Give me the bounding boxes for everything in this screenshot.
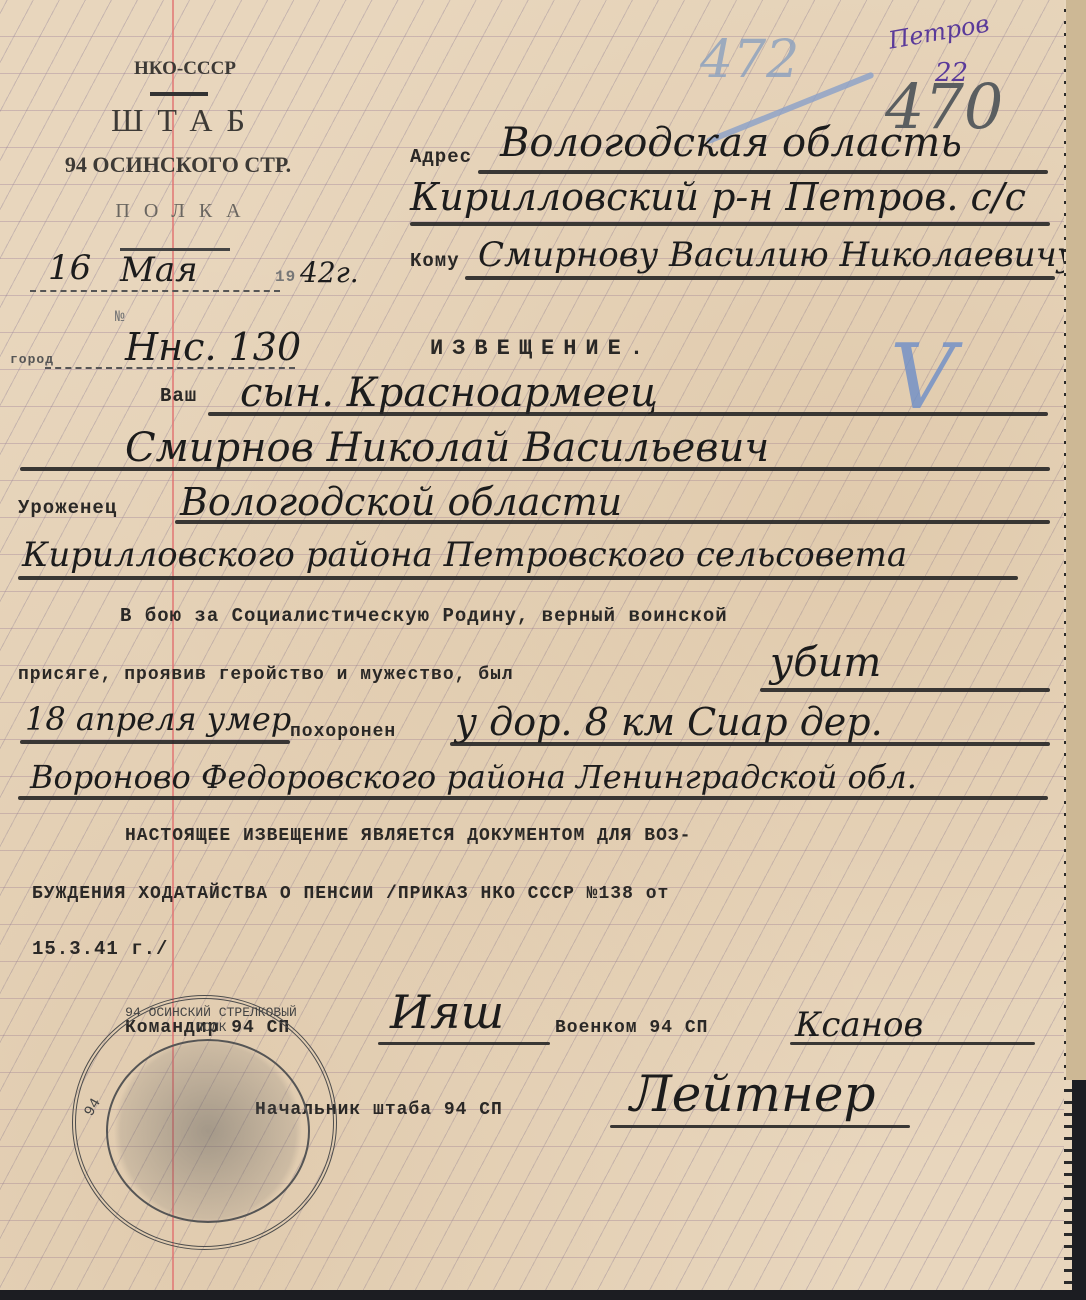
fate-rule	[760, 688, 1050, 692]
native-line2: Кирилловского района Петровского сельсов…	[22, 535, 907, 575]
date-month: Мая	[120, 250, 198, 290]
number-line	[45, 367, 295, 369]
your-label: Ваш	[160, 385, 197, 407]
header-divider	[150, 92, 208, 96]
address-line1-rule	[478, 170, 1048, 174]
rank-rule	[208, 412, 1048, 416]
date-year-hand: 42г.	[300, 256, 359, 289]
document-title: ИЗВЕЩЕНИЕ.	[430, 336, 652, 361]
soldier-rank: сын. Красноармеец	[240, 370, 658, 416]
native-line2-rule	[18, 576, 1018, 580]
recipient-rule	[465, 276, 1055, 280]
date-day: 16	[48, 248, 91, 288]
native-line1-rule	[175, 520, 1050, 524]
commissar-label: Военком 94 СП	[555, 1018, 708, 1038]
legal-line1: НАСТОЯЩЕЕ ИЗВЕЩЕНИЕ ЯВЛЯЕТСЯ ДОКУМЕНТОМ …	[125, 826, 691, 846]
archive-crossed-number: 472	[700, 30, 799, 90]
native-line1: Вологодской области	[180, 480, 622, 524]
document-sheet: НКО-СССР ШТАБ 94 ОСИНСКОГО СТР. ПОЛКА 16…	[0, 0, 1066, 1290]
city-label: город	[10, 352, 54, 367]
burial-line1-rule	[450, 742, 1050, 746]
death-date-rule	[20, 740, 290, 744]
buried-label: похоронен	[290, 722, 396, 742]
soldier-name: Смирнов Николай Васильевич	[125, 425, 769, 471]
number-label: №	[115, 308, 126, 326]
native-label: Уроженец	[18, 497, 117, 519]
chief-signature: Лейтнер	[630, 1065, 875, 1123]
address-label: Адрес	[410, 146, 472, 168]
address-line2-rule	[410, 222, 1050, 226]
seal-emblem	[106, 1039, 310, 1223]
header-org: НКО-СССР	[110, 58, 260, 80]
official-seal: 94 94 ОСИНСКИЙ СТРЕЛКОВЫЙ ПОЛК	[72, 995, 337, 1250]
commander-signature: Ияш	[390, 985, 504, 1039]
chief-sig-rule	[610, 1125, 910, 1128]
burial-line1: у дор. 8 км Сиар дер.	[455, 700, 883, 744]
address-line1: Вологодская область	[500, 120, 962, 166]
date-year-printed: 19	[275, 268, 296, 286]
date-line	[30, 290, 280, 292]
commissar-sig-rule	[790, 1042, 1035, 1045]
seal-number: 94	[81, 1095, 105, 1119]
header-unit2: ПОЛКА	[80, 200, 290, 223]
background-page-edge	[1066, 0, 1086, 1080]
typed-line1: В бою за Социалистическую Родину, верный…	[120, 605, 728, 627]
commander-sig-rule	[378, 1042, 550, 1045]
recipient-label: Кому	[410, 250, 460, 272]
header-unit: 94 ОСИНСКОГО СТР.	[28, 152, 328, 178]
address-line2: Кирилловский р-н Петров. с/с	[410, 175, 1026, 219]
name-rule	[20, 467, 1050, 471]
soldier-fate: убит	[770, 640, 881, 686]
purple-number: 22	[935, 58, 968, 88]
legal-line3: 15.3.41 г./	[32, 938, 168, 960]
burial-line2-rule	[18, 796, 1048, 800]
typed-line2: присяге, проявив геройство и мужество, б…	[18, 665, 514, 685]
recipient-name: Смирнову Василию Николаевичу	[478, 235, 1076, 275]
burial-line2: Вороново Федоровского района Ленинградск…	[30, 758, 917, 796]
purple-note: Петров	[886, 9, 991, 54]
seal-text: 94 ОСИНСКИЙ СТРЕЛКОВЫЙ ПОЛК	[121, 1005, 301, 1035]
number-value: Ннс. 130	[125, 325, 301, 369]
header-title: ШТАБ	[80, 102, 290, 139]
legal-line2: БУЖДЕНИЯ ХОДАТАЙСТВА О ПЕНСИИ /ПРИКАЗ НК…	[32, 884, 669, 904]
death-date: 18 апреля умер	[25, 700, 291, 738]
commissar-signature: Ксанов	[795, 1005, 923, 1045]
